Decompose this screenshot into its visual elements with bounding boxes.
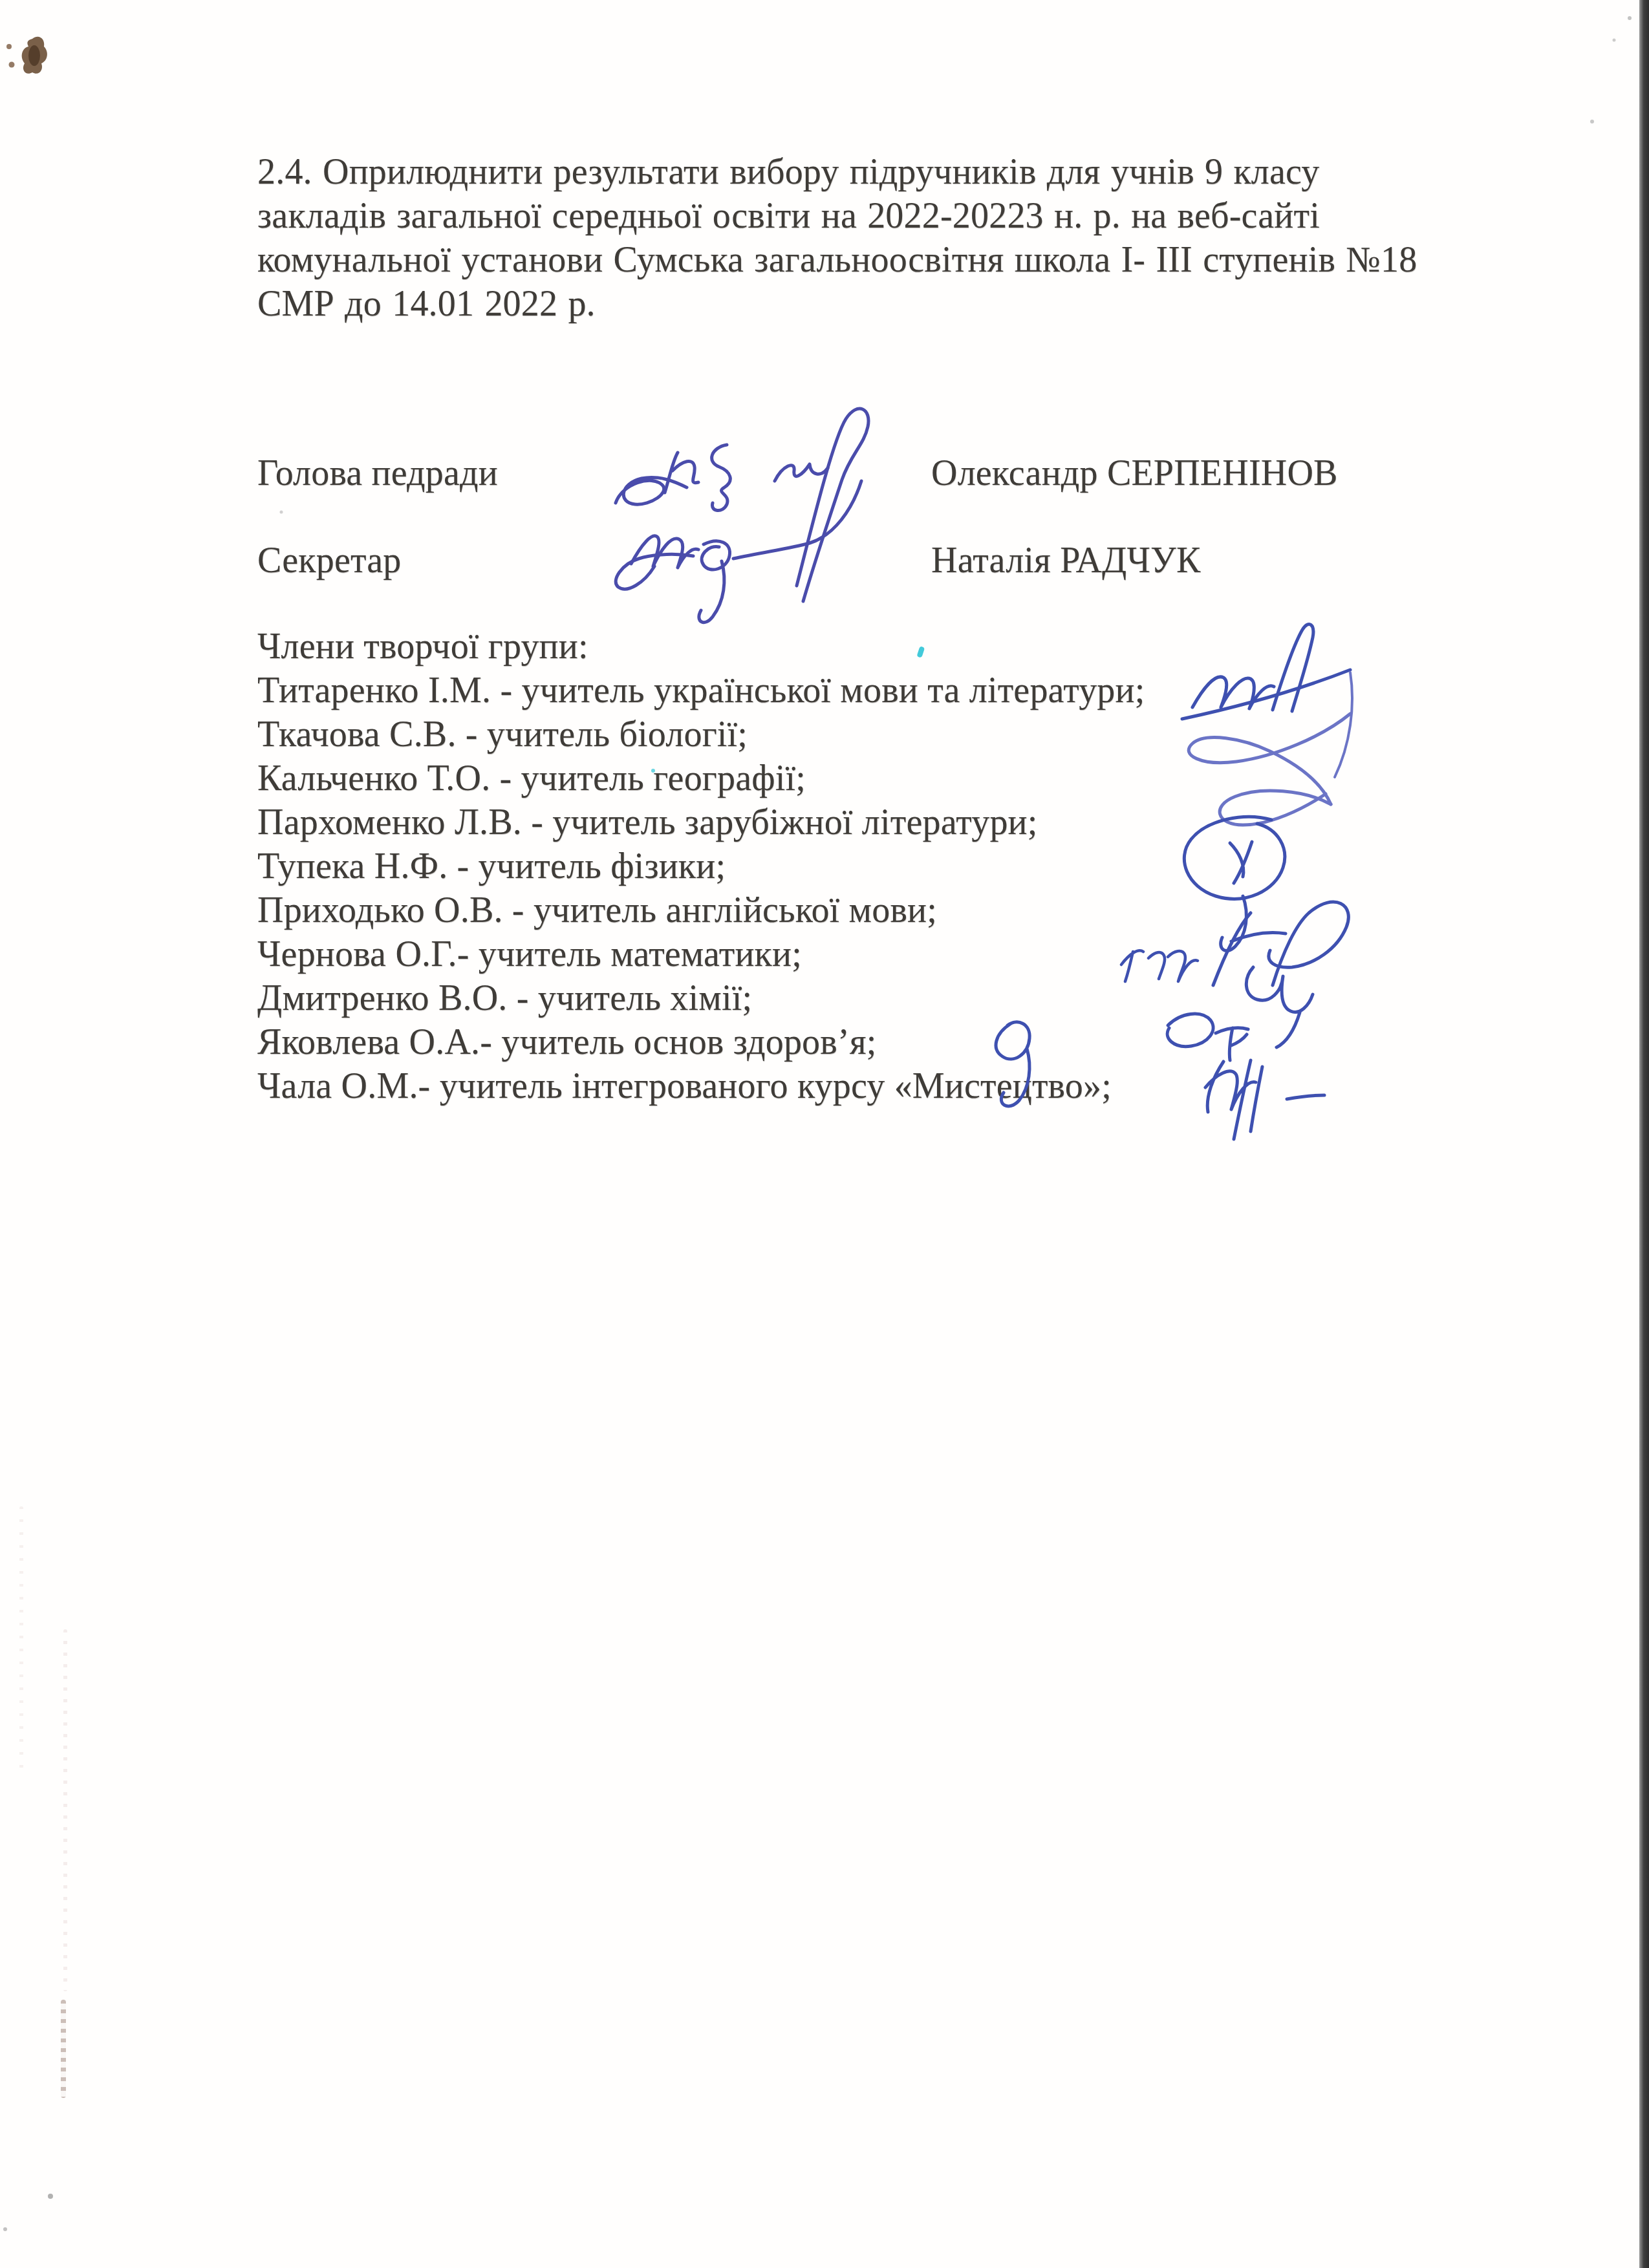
ink-signatures-layer	[0, 0, 1649, 2268]
faint-streak-far-left	[19, 1506, 23, 1778]
scan-specks	[3, 16, 1632, 2231]
scanned-document-page: 2.4. Оприлюднити результати вибору підру…	[0, 0, 1649, 2268]
members-signatures	[996, 624, 1352, 1139]
ink-blot-artifact	[6, 37, 47, 74]
faint-streak-left	[63, 1629, 67, 1991]
chair-and-secretary-signatures	[616, 409, 868, 623]
cyan-ink-fleck-small	[651, 769, 655, 773]
smudge-trail-bottom-left	[61, 2000, 66, 2098]
scanner-edge-band	[1639, 0, 1649, 2268]
cyan-ink-fleck	[916, 646, 925, 658]
